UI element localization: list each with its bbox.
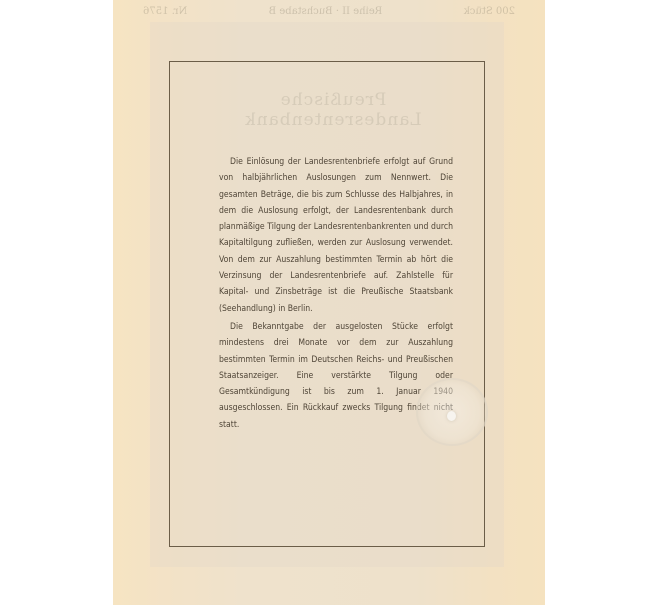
bleed-through-header: 200 Stück Reihe II · Buchstabe B Nr. 157… <box>143 6 515 20</box>
bleed-through-right: Nr. 1576 <box>143 6 187 20</box>
bleed-through-left: 200 Stück <box>464 6 515 20</box>
seal-punch-hole <box>447 411 456 421</box>
embossed-seal-icon <box>416 378 488 446</box>
certificate-back-page: 200 Stück Reihe II · Buchstabe B Nr. 157… <box>113 0 545 605</box>
bleed-through-center: Reihe II · Buchstabe B <box>269 6 382 20</box>
terms-text-block: Die Einlösung der Landesrentenbriefe erf… <box>219 154 453 433</box>
paragraph-redemption: Die Einlösung der Landesrentenbriefe erf… <box>219 154 453 317</box>
